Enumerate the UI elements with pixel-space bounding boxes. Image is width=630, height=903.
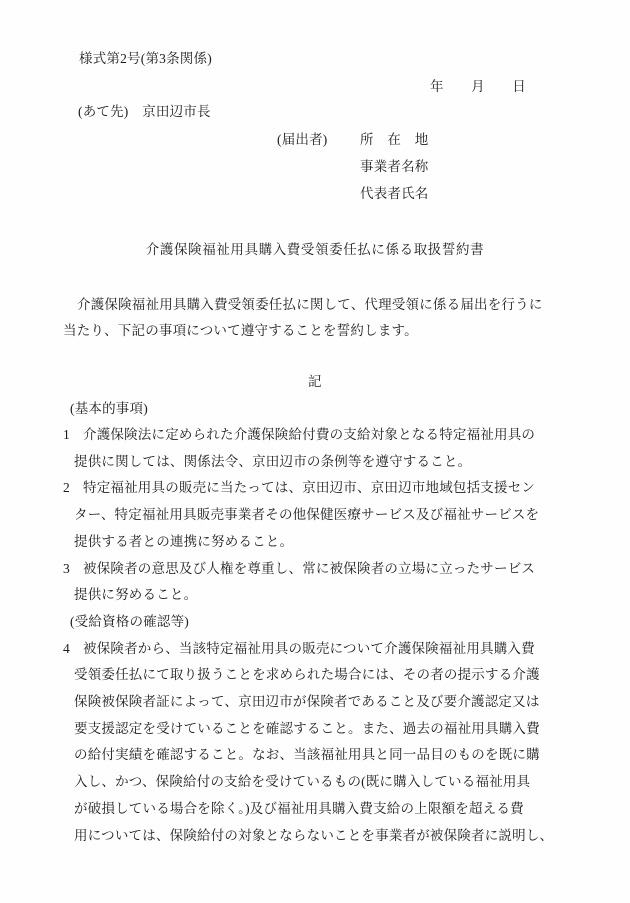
section-heading-eligibility: (受給資格の確認等) <box>70 613 189 630</box>
intro-line-2: 当たり、下記の事項について遵守することを誓約します。 <box>63 322 418 339</box>
item-2-number: 2 <box>63 479 83 496</box>
item-3-line-2: 提供に努めること。 <box>74 586 197 603</box>
item-4-line-1: 被保険者から、当該特定福祉用具の販売について介護保険福祉用具購入費 <box>83 640 535 657</box>
item-1-number: 1 <box>63 426 83 443</box>
document-page: 様式第2号(第3条関係) 年 月 日 (あて先) 京田辺市長 (届出者) 所 在… <box>0 0 630 903</box>
item-4-line-2: 受領委任払にて取り扱うことを求められた場合には、その者の提示する介護 <box>74 666 540 683</box>
item-4-line-5: の給付実績を確認すること。なお、当該福祉用具と同一品目のものを既に購 <box>74 746 540 763</box>
item-4-line-4: 要支援認定を受けていることを確認すること。また、過去の福祉用具購入費 <box>74 720 540 737</box>
item-3-number: 3 <box>63 560 83 577</box>
item-1-line-2: 提供に関しては、関係法令、京田辺市の条例等を遵守すること。 <box>74 453 471 470</box>
item-4-line-3: 保険被保険者証によって、京田辺市が保険者であること及び要介護認定又は <box>74 693 540 710</box>
item-2-line-2: ター、特定福祉用具販売事業者その他保健医療サービス及び福祉サービスを <box>74 506 539 523</box>
item-4-number: 4 <box>63 640 83 657</box>
notifier-label: (届出者) <box>277 131 328 148</box>
business-name-label: 事業者名称 <box>360 158 429 175</box>
representative-name-label: 代表者氏名 <box>360 185 429 202</box>
document-title: 介護保険福祉用具購入費受領委任払に係る取扱誓約書 <box>0 241 630 258</box>
section-heading-basic: (基本的事項) <box>70 400 148 417</box>
item-2-line-1: 特定福祉用具の販売に当たっては、京田辺市、京田辺市地域包括支援セン <box>83 479 535 496</box>
note-mark: 記 <box>0 373 630 390</box>
date-line: 年 月 日 <box>430 78 526 95</box>
item-4-line-8: 用については、保険給付の対象とならないことを事業者が被保険者に説明し、 <box>74 827 553 844</box>
item-1-line-1: 介護保険法に定められた介護保険給付費の支給対象となる特定福祉用具の <box>83 426 535 443</box>
notifier-address-label: 所 在 地 <box>360 131 429 148</box>
intro-line-1: 介護保険福祉用具購入費受領委任払に関して、代理受領に係る届出を行うに <box>77 296 543 313</box>
item-4-line-6: 入し、かつ、保険給付の支給を受けているもの(既に購入している福祉用具 <box>74 773 530 790</box>
addressee-line: (あて先) 京田辺市長 <box>78 103 211 120</box>
item-2-line-3: 提供する者との連携に努めること。 <box>74 533 293 550</box>
form-number: 様式第2号(第3条関係) <box>79 50 212 67</box>
item-3-line-1: 被保険者の意思及び人権を尊重し、常に被保険者の立場に立ったサービス <box>83 560 535 577</box>
item-4-line-7: が破損している場合を除く。)及び福祉用具購入費支給の上限額を超える費 <box>74 800 524 817</box>
